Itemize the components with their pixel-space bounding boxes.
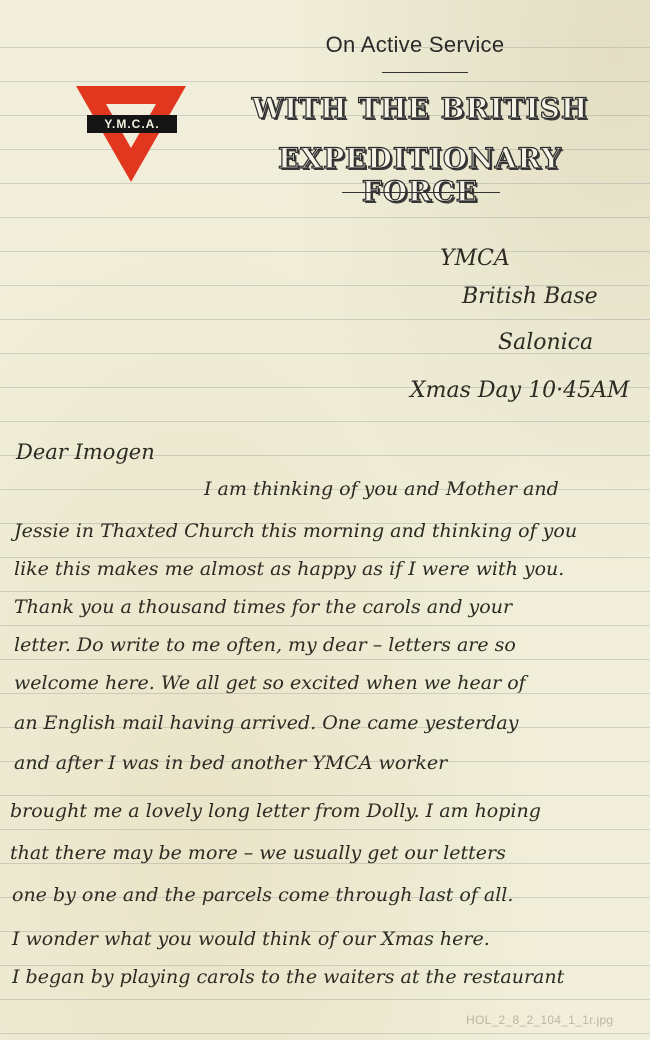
letter-line: brought me a lovely long letter from Dol…: [10, 800, 541, 822]
address-line-1: YMCA: [440, 246, 510, 271]
salutation: Dear Imogen: [16, 440, 155, 464]
letter-line: that there may be more – we usually get …: [10, 842, 506, 864]
letter-line: I began by playing carols to the waiters…: [12, 966, 564, 988]
letter-line: I wonder what you would think of our Xma…: [12, 928, 490, 950]
letter-line: like this makes me almost as happy as if…: [14, 558, 564, 580]
ymca-logo-label: Y.M.C.A.: [87, 115, 177, 133]
letter-line: I am thinking of you and Mother and: [204, 478, 559, 500]
letter-line: welcome here. We all get so excited when…: [14, 672, 526, 694]
letterhead-title-line-2: EXPEDITIONARY FORCE: [215, 142, 625, 208]
letter-page: On Active Service Y.M.C.A. WITH THE BRIT…: [0, 0, 650, 1040]
letterhead-title-line-1: WITH THE BRITISH: [220, 92, 620, 125]
ymca-logo: Y.M.C.A.: [76, 86, 186, 182]
letter-line: letter. Do write to me often, my dear – …: [14, 634, 516, 656]
letter-line: one by one and the parcels come through …: [12, 884, 513, 906]
ymca-triangle-icon: [76, 86, 186, 182]
service-line: On Active Service: [290, 32, 540, 58]
letter-line: Thank you a thousand times for the carol…: [14, 596, 512, 618]
header-divider-top: [382, 72, 468, 73]
image-filename: HOL_2_8_2_104_1_1r.jpg: [466, 1013, 613, 1027]
header-divider-bottom: [342, 192, 500, 193]
letter-date: Xmas Day 10·45AM: [410, 378, 630, 403]
letter-line: and after I was in bed another YMCA work…: [14, 752, 447, 774]
letter-line: Jessie in Thaxted Church this morning an…: [14, 520, 577, 542]
address-line-3: Salonica: [498, 330, 593, 355]
letter-line: an English mail having arrived. One came…: [14, 712, 518, 734]
address-line-2: British Base: [462, 284, 598, 309]
